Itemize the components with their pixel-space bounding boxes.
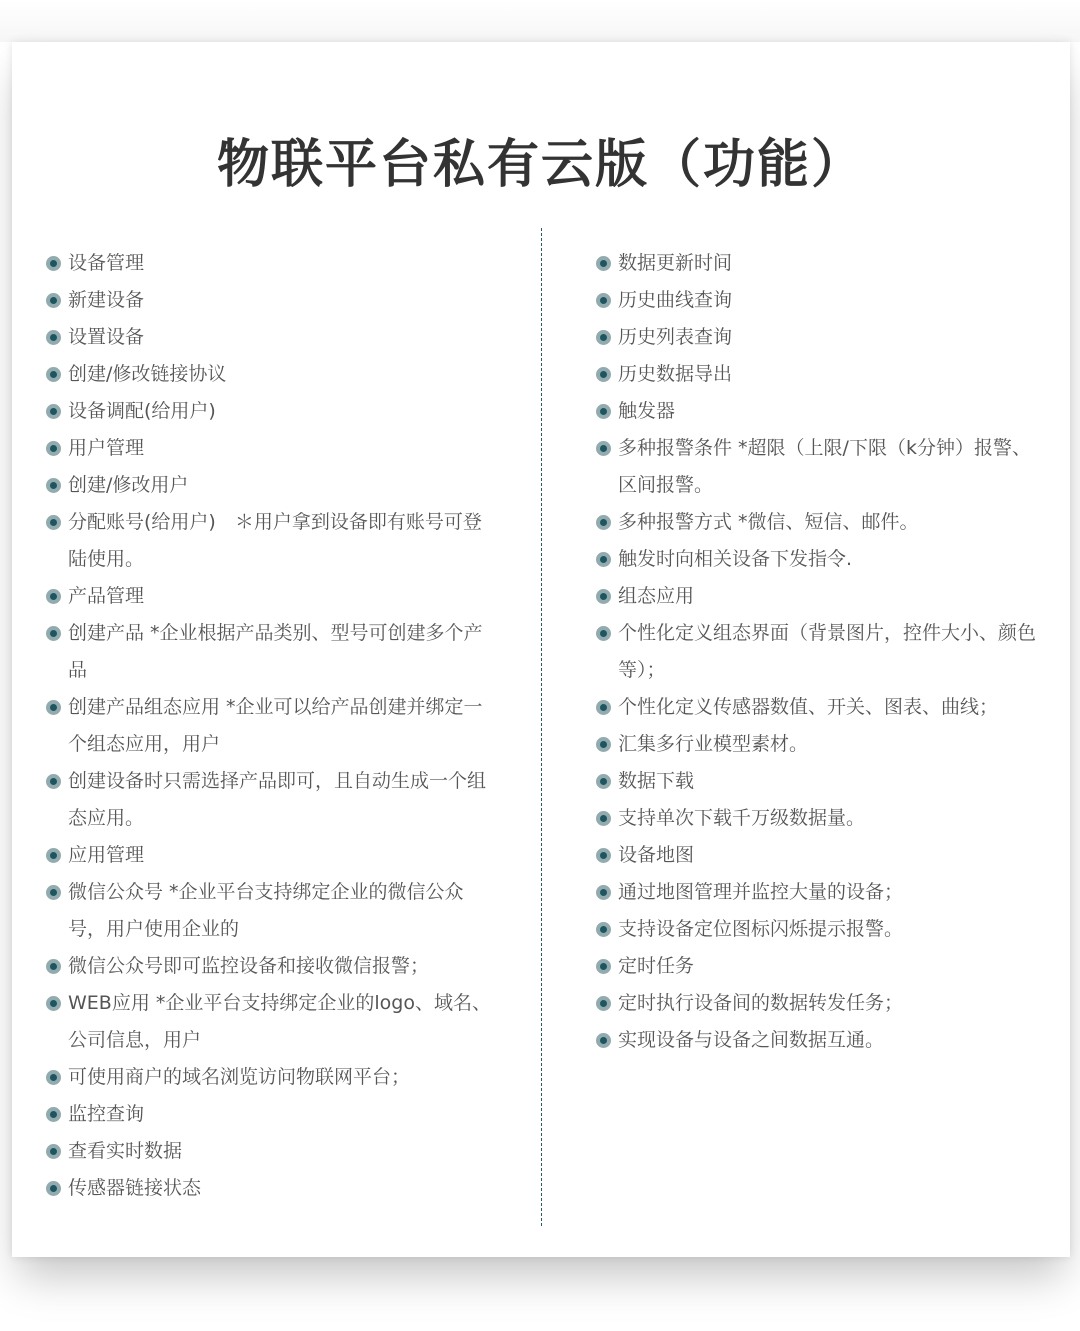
feature-text: 组态应用: [618, 585, 694, 607]
bullet-dot-icon: [46, 589, 61, 604]
feature-list-item: 历史数据导出: [596, 356, 1046, 393]
bullet-dot-icon: [596, 700, 611, 715]
feature-list-item: 数据下载: [596, 763, 1046, 800]
feature-text: 汇集多行业模型素材。: [618, 733, 808, 755]
bullet-dot-icon: [46, 441, 61, 456]
feature-list-item: 支持设备定位图标闪烁提示报警。: [596, 911, 1046, 948]
feature-list-item: 定时任务: [596, 948, 1046, 985]
bullet-dot-icon: [596, 293, 611, 308]
bullet-dot-icon: [596, 404, 611, 419]
feature-text: 通过地图管理并监控大量的设备；: [618, 881, 903, 903]
page-title: 物联平台私有云版（功能）: [12, 130, 1070, 200]
feature-list-item: 设置设备: [46, 319, 496, 356]
feature-text: 个性化定义传感器数值、开关、图表、曲线；: [618, 696, 998, 718]
bullet-dot-icon: [596, 552, 611, 567]
feature-text: 查看实时数据: [68, 1140, 182, 1162]
background-top: [0, 0, 1080, 42]
feature-text: 实现设备与设备之间数据互通。: [618, 1029, 884, 1051]
feature-list-item: 实现设备与设备之间数据互通。: [596, 1022, 1046, 1059]
feature-list-item: 汇集多行业模型素材。: [596, 726, 1046, 763]
feature-list-item: 微信公众号即可监控设备和接收微信报警；: [46, 948, 496, 985]
feature-list-item: 触发时向相关设备下发指令.: [596, 541, 1046, 578]
feature-list-item: 组态应用: [596, 578, 1046, 615]
feature-text: 监控查询: [68, 1103, 144, 1125]
bullet-dot-icon: [596, 515, 611, 530]
bullet-dot-icon: [46, 848, 61, 863]
feature-list-item: 查看实时数据: [46, 1133, 496, 1170]
bullet-dot-icon: [46, 959, 61, 974]
bullet-dot-icon: [46, 256, 61, 271]
bullet-dot-icon: [46, 885, 61, 900]
feature-text: 定时任务: [618, 955, 694, 977]
feature-text: 触发时向相关设备下发指令.: [618, 548, 852, 570]
feature-list-item: 用户管理: [46, 430, 496, 467]
feature-list-item: 个性化定义传感器数值、开关、图表、曲线；: [596, 689, 1046, 726]
feature-text: 历史列表查询: [618, 326, 732, 348]
feature-text: 触发器: [618, 400, 675, 422]
feature-list-item: 支持单次下载千万级数据量。: [596, 800, 1046, 837]
feature-text: 创建产品组态应用 *企业可以给产品创建并绑定一个组态应用，用户: [68, 696, 483, 755]
bullet-dot-icon: [596, 589, 611, 604]
feature-list-item: 个性化定义组态界面（背景图片，控件大小、颜色等）；: [596, 615, 1046, 689]
bullet-dot-icon: [46, 996, 61, 1011]
feature-text: 创建产品 *企业根据产品类别、型号可创建多个产品: [68, 622, 483, 681]
feature-text: 多种报警方式 *微信、短信、邮件。: [618, 511, 919, 533]
bullet-dot-icon: [596, 330, 611, 345]
bullet-dot-icon: [596, 848, 611, 863]
bullet-dot-icon: [46, 293, 61, 308]
feature-list-item: 创建/修改用户: [46, 467, 496, 504]
feature-text: 产品管理: [68, 585, 144, 607]
bullet-dot-icon: [596, 922, 611, 937]
feature-text: 新建设备: [68, 289, 144, 311]
feature-card: 物联平台私有云版（功能） 设备管理新建设备设置设备创建/修改链接协议设备调配(给…: [12, 42, 1070, 1257]
feature-text: 应用管理: [68, 844, 144, 866]
bullet-dot-icon: [596, 737, 611, 752]
feature-list-item: 创建设备时只需选择产品即可，且自动生成一个组态应用。: [46, 763, 496, 837]
feature-list-item: 监控查询: [46, 1096, 496, 1133]
feature-text: 设置设备: [68, 326, 144, 348]
bullet-dot-icon: [46, 1107, 61, 1122]
feature-list-item: 新建设备: [46, 282, 496, 319]
feature-list-item: 创建产品 *企业根据产品类别、型号可创建多个产品: [46, 615, 496, 689]
feature-text: 创建/修改用户: [68, 474, 188, 496]
bullet-dot-icon: [46, 774, 61, 789]
feature-text: WEB应用 *企业平台支持绑定企业的logo、域名、公司信息，用户: [68, 992, 491, 1051]
bullet-dot-icon: [596, 367, 611, 382]
left-feature-list: 设备管理新建设备设置设备创建/修改链接协议设备调配(给用户)用户管理创建/修改用…: [46, 245, 496, 1207]
feature-text: 微信公众号即可监控设备和接收微信报警；: [68, 955, 429, 977]
feature-text: 微信公众号 *企业平台支持绑定企业的微信公众号，用户使用企业的: [68, 881, 464, 940]
feature-list-item: 微信公众号 *企业平台支持绑定企业的微信公众号，用户使用企业的: [46, 874, 496, 948]
feature-text: 数据下载: [618, 770, 694, 792]
feature-list-item: 多种报警条件 *超限（上限/下限（k分钟）报警、区间报警。: [596, 430, 1046, 504]
bullet-dot-icon: [596, 441, 611, 456]
feature-list-item: 通过地图管理并监控大量的设备；: [596, 874, 1046, 911]
feature-text: 创建/修改链接协议: [68, 363, 226, 385]
feature-text: 可使用商户的域名浏览访问物联网平台；: [68, 1066, 410, 1088]
bullet-dot-icon: [46, 515, 61, 530]
feature-text: 历史数据导出: [618, 363, 732, 385]
bullet-dot-icon: [46, 404, 61, 419]
feature-text: 传感器链接状态: [68, 1177, 201, 1199]
bullet-dot-icon: [46, 1070, 61, 1085]
bullet-dot-icon: [46, 478, 61, 493]
bullet-dot-icon: [46, 700, 61, 715]
bullet-dot-icon: [46, 330, 61, 345]
feature-list-item: 设备调配(给用户): [46, 393, 496, 430]
feature-list-item: 设备地图: [596, 837, 1046, 874]
feature-list-item: 创建/修改链接协议: [46, 356, 496, 393]
feature-list-item: 产品管理: [46, 578, 496, 615]
feature-list-item: 历史曲线查询: [596, 282, 1046, 319]
feature-text: 多种报警条件 *超限（上限/下限（k分钟）报警、区间报警。: [618, 437, 1031, 496]
feature-list-item: 触发器: [596, 393, 1046, 430]
bullet-dot-icon: [596, 996, 611, 1011]
bullet-dot-icon: [596, 626, 611, 641]
feature-text: 历史曲线查询: [618, 289, 732, 311]
feature-text: 用户管理: [68, 437, 144, 459]
bullet-dot-icon: [596, 811, 611, 826]
feature-list-item: 定时执行设备间的数据转发任务；: [596, 985, 1046, 1022]
bullet-dot-icon: [596, 1033, 611, 1048]
feature-text: 数据更新时间: [618, 252, 732, 274]
feature-text: 设备管理: [68, 252, 144, 274]
bullet-dot-icon: [596, 774, 611, 789]
feature-text: 设备地图: [618, 844, 694, 866]
feature-list-item: 传感器链接状态: [46, 1170, 496, 1207]
bullet-dot-icon: [46, 626, 61, 641]
feature-list-item: 分配账号(给用户) ＊用户拿到设备即有账号可登陆使用。: [46, 504, 496, 578]
bullet-dot-icon: [46, 367, 61, 382]
feature-list-item: 应用管理: [46, 837, 496, 874]
feature-text: 支持设备定位图标闪烁提示报警。: [618, 918, 903, 940]
feature-text: 创建设备时只需选择产品即可，且自动生成一个组态应用。: [68, 770, 486, 829]
bullet-dot-icon: [46, 1144, 61, 1159]
feature-list-item: 数据更新时间: [596, 245, 1046, 282]
feature-list-item: 创建产品组态应用 *企业可以给产品创建并绑定一个组态应用，用户: [46, 689, 496, 763]
bullet-dot-icon: [596, 885, 611, 900]
bullet-dot-icon: [596, 256, 611, 271]
feature-text: 定时执行设备间的数据转发任务；: [618, 992, 903, 1014]
feature-list-item: 历史列表查询: [596, 319, 1046, 356]
bullet-dot-icon: [596, 959, 611, 974]
feature-text: 设备调配(给用户): [68, 400, 216, 422]
bullet-dot-icon: [46, 1181, 61, 1196]
feature-text: 分配账号(给用户) ＊用户拿到设备即有账号可登陆使用。: [68, 511, 482, 570]
feature-list-item: WEB应用 *企业平台支持绑定企业的logo、域名、公司信息，用户: [46, 985, 496, 1059]
feature-list-item: 多种报警方式 *微信、短信、邮件。: [596, 504, 1046, 541]
column-divider: [541, 228, 542, 1226]
feature-list-item: 可使用商户的域名浏览访问物联网平台；: [46, 1059, 496, 1096]
right-feature-list: 数据更新时间历史曲线查询历史列表查询历史数据导出触发器多种报警条件 *超限（上限…: [596, 245, 1046, 1059]
feature-list-item: 设备管理: [46, 245, 496, 282]
feature-text: 个性化定义组态界面（背景图片，控件大小、颜色等）；: [618, 622, 1036, 681]
feature-text: 支持单次下载千万级数据量。: [618, 807, 865, 829]
